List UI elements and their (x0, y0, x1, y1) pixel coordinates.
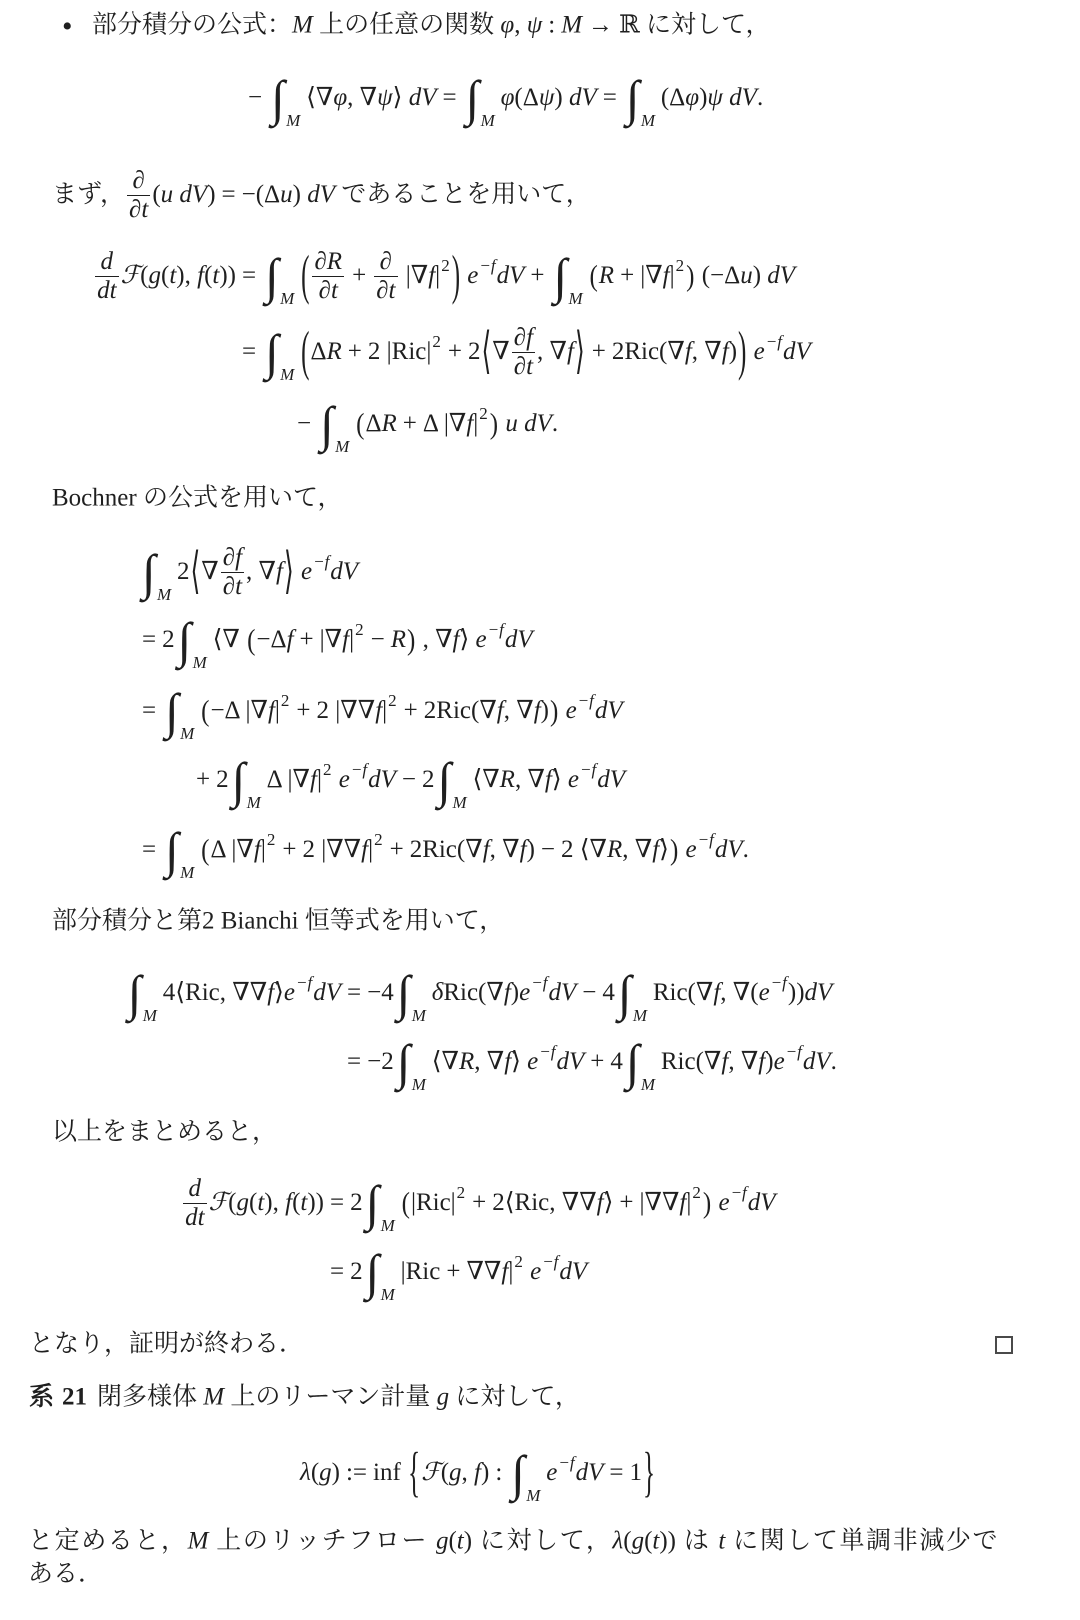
math-symbol: , ∇ (347, 84, 377, 113)
fraction: ∂f∂t (512, 324, 535, 380)
math-variable: dV (748, 1189, 776, 1218)
integral-sign: ∫ (626, 73, 640, 123)
integral-subscript: M (180, 863, 194, 883)
integral-subscript: M (157, 585, 171, 605)
superscript: 2 (457, 1183, 466, 1203)
step-intro-text: まず，∂∂t(u dV)=−(Δu) dV であることを用いて， (52, 167, 591, 223)
large-delimiter: ) (550, 696, 558, 726)
math-variable: dV (548, 979, 576, 1008)
math-symbol: −Δ |∇ (210, 697, 268, 726)
fraction: ∂∂t (127, 167, 150, 223)
math-variable: f (497, 697, 504, 726)
math-symbol: )) (307, 1189, 324, 1218)
integral: ∫M (366, 1244, 400, 1300)
proof-conclusion-text: となり，証明が終わる． (29, 1331, 304, 1360)
superscript: −f (786, 1042, 802, 1062)
math-symbol: | (368, 836, 373, 865)
math-variable: e (559, 697, 576, 726)
integral-sign: ∫ (271, 73, 285, 123)
math-variable: R (382, 410, 397, 439)
math-symbol: |Ric| (411, 1189, 456, 1218)
integral-sign: ∫ (265, 251, 279, 301)
math-symbol: , ∇ (515, 766, 545, 795)
math-variable: e (469, 626, 486, 655)
math-symbol: )) (788, 979, 805, 1008)
math-symbol: ( (249, 1189, 257, 1218)
superscript: 2 (692, 1183, 701, 1203)
math-variable: dV (761, 262, 795, 291)
math-operator: + (590, 1048, 604, 1077)
fraction-denominator: ∂t (221, 573, 244, 601)
math-symbol: (Δ (514, 84, 538, 113)
math-operator: + (300, 626, 314, 655)
math-variable: e (562, 766, 579, 795)
text-run: 閉多様体 (97, 1384, 203, 1413)
integral: ∫M (618, 965, 652, 1021)
integral-sign: ∫ (397, 1037, 411, 1087)
integral-subscript: M (452, 793, 466, 813)
math-variable: e (679, 836, 696, 865)
math-symbol: ∂ (132, 167, 144, 195)
math-variable: R (500, 766, 515, 795)
math-variable: t (141, 196, 148, 224)
math-symbol: ⟩ (604, 1189, 614, 1218)
math-symbol: 1 (629, 1459, 642, 1488)
integral-subscript: M (193, 653, 207, 673)
fraction-numerator: ∂ (378, 248, 394, 276)
math-variable: f (235, 544, 242, 572)
math-symbol: 4⟨Ric, ∇∇ (163, 979, 267, 1008)
integral-subscript: M (280, 365, 294, 385)
math-variable: f (501, 1258, 508, 1287)
fraction-denominator: ∂t (317, 277, 340, 305)
math-operator: = (330, 1189, 344, 1218)
math-variable: λ (300, 1459, 311, 1488)
superscript: 2 (479, 404, 488, 424)
math-variable: f (254, 836, 261, 865)
text-run: と定めると， (28, 1528, 188, 1557)
math-operator: : (548, 12, 555, 41)
math-symbol: | (473, 410, 478, 439)
math-symbol: | (317, 766, 322, 795)
math-variable: dV (368, 766, 396, 795)
math-symbol: ( (161, 262, 169, 291)
integral-sign: ∫ (618, 968, 632, 1018)
math-symbol: 2⟨Ric, ∇∇ (492, 1189, 596, 1218)
math-variable: g (319, 1459, 332, 1488)
math-symbol: 2Ric(∇ (424, 697, 497, 726)
fraction-numerator: d (187, 1175, 204, 1203)
math-symbol: Ric(∇ (661, 1048, 722, 1077)
math-variable: dV (556, 1048, 584, 1077)
math-symbol: |Ric (401, 1258, 441, 1287)
superscript: −f (578, 691, 594, 711)
superscript: 2 (267, 830, 276, 850)
math-operator: = (330, 1258, 344, 1287)
math-symbol: )) (219, 262, 236, 291)
math-variable: R (327, 248, 342, 276)
math-variable: f (453, 626, 460, 655)
math-symbol: 2 |∇∇ (317, 697, 376, 726)
math-variable: δ (432, 979, 444, 1008)
math-variable: f (375, 697, 382, 726)
bochner-eq-row2: =2∫M⟨∇ (−Δf+|∇f|2−R) , ∇f⟩ e−fdV (136, 612, 533, 668)
math-variable: u (280, 181, 293, 210)
math-symbol: ∂ (223, 544, 235, 572)
fraction: ddt (183, 1175, 206, 1231)
integral-subscript: M (143, 1006, 157, 1026)
corollary-statement-line: 系 21 閉多様体 M 上のリーマン計量 g に対して， (29, 1384, 580, 1413)
integral-sign: ∫ (397, 968, 411, 1018)
math-variable: dV (330, 558, 358, 587)
math-symbol: ) (293, 181, 301, 210)
large-delimiter: ( (201, 696, 209, 726)
math-variable: ℱ (121, 262, 141, 291)
math-symbol: ⟩ (393, 84, 403, 113)
corollary-conclusion-line2: ある． (28, 1561, 103, 1590)
fraction-denominator: ∂t (127, 196, 150, 224)
math-symbol: ) (729, 338, 737, 367)
large-delimiter: ⟩ (575, 327, 585, 377)
math-variable: R (327, 338, 342, 367)
math-symbol: ∂ (514, 324, 526, 352)
math-symbol: . (743, 836, 749, 865)
math-variable: dV (715, 836, 743, 865)
superscript: 2 (514, 1252, 523, 1272)
math-variable: R (391, 626, 406, 655)
math-variable: f (428, 262, 435, 291)
math-operator: − (248, 84, 262, 113)
math-variable: f (197, 262, 204, 291)
fraction: ∂∂t (374, 248, 397, 304)
math-variable: e (284, 979, 295, 1008)
math-variable: R (607, 836, 622, 865)
large-delimiter: ) (703, 1188, 711, 1218)
math-variable: dV (559, 1258, 587, 1287)
math-variable: R (599, 262, 614, 291)
large-delimiter: ⟩ (284, 547, 294, 597)
math-variable: f (268, 697, 275, 726)
math-symbol: 4 (610, 1048, 623, 1077)
math-symbol: ∂ (514, 353, 526, 381)
integral-sign: ∫ (128, 968, 142, 1018)
math-operator: = (603, 84, 617, 113)
math-operator: = (142, 836, 156, 865)
integral-sign: ∫ (626, 1037, 640, 1087)
math-variable: u dV (499, 410, 552, 439)
math-symbol: ), (176, 262, 197, 291)
math-variable: dV (505, 626, 533, 655)
math-variable: f (285, 1189, 292, 1218)
large-delimiter: ) (686, 261, 694, 291)
text-run: 部分積分と第2 Bianchi 恒等式を用いて， (52, 908, 504, 937)
integral: ∫M (265, 324, 299, 380)
math-operator: = (347, 979, 361, 1008)
math-variable: ℱ (209, 1189, 229, 1218)
superscript: −f (539, 1042, 555, 1062)
math-variable: u (740, 262, 753, 291)
integral: ∫M (232, 752, 266, 808)
large-delimiter: ⟨ (482, 327, 492, 377)
integral-subscript: M (641, 111, 655, 131)
integral: ∫M (626, 70, 660, 126)
math-symbol: , (462, 1459, 475, 1488)
math-symbol: |∇ (400, 262, 429, 291)
superscript: −f (580, 760, 596, 780)
math-operator: + (390, 836, 404, 865)
math-operator: + (348, 338, 362, 367)
math-variable: f (504, 979, 511, 1008)
math-symbol: 2 (468, 338, 481, 367)
math-variable: dV (402, 84, 436, 113)
math-symbol: | (382, 697, 387, 726)
math-variable: e (524, 1258, 541, 1287)
integral: ∫M (397, 965, 431, 1021)
math-variable: t (235, 573, 242, 601)
math-symbol: ⟨∇ (472, 766, 499, 795)
math-variable: f (534, 697, 541, 726)
math-variable: t (169, 262, 176, 291)
math-symbol: ∂ (380, 248, 392, 276)
math-variable: e (461, 262, 478, 291)
math-operator: = (222, 181, 236, 210)
bochner-eq-row5: =∫M(Δ |∇f|2+2 |∇∇f|2+2Ric(∇f, ∇f)−2 ⟨∇R,… (136, 822, 749, 878)
math-symbol: ⟨∇ (306, 84, 333, 113)
math-symbol: ), (264, 1189, 285, 1218)
math-symbol: ( (311, 1459, 319, 1488)
math-symbol: 2 |Ric| (368, 338, 431, 367)
large-delimiter: ( (201, 835, 209, 865)
math-variable: f (597, 1189, 604, 1218)
math-symbol: −2 (367, 1048, 394, 1077)
math-symbol: (Δ (661, 84, 685, 113)
integral-sign: ∫ (320, 399, 334, 449)
math-symbol: , ∇ (246, 558, 276, 587)
integral: ∫M (366, 1175, 400, 1231)
math-variable: g (436, 1528, 449, 1557)
bochner-eq-row4: +2∫MΔ |∇f|2 e−fdV−2∫M⟨∇R, ∇f⟩ e−fdV (190, 752, 625, 808)
math-symbol: , ∇ (537, 338, 567, 367)
fraction-denominator: dt (95, 277, 118, 305)
superscript: −f (296, 973, 312, 993)
superscript: −f (558, 1453, 574, 1473)
bullet-icon: • (62, 12, 73, 42)
superscript: −f (731, 1183, 747, 1203)
math-variable: ψ (377, 84, 393, 113)
math-symbol: ⟩ (552, 766, 562, 795)
bianchi-eq-row1-rhs: =−4∫MδRic(∇f)e−fdV−4∫MRic(∇f, ∇(e−f))dV (341, 965, 832, 1021)
math-variable: ψ (539, 84, 555, 113)
superscript: −f (351, 760, 367, 780)
integral-subscript: M (280, 289, 294, 309)
math-variable: dV (595, 697, 623, 726)
math-variable: dV (576, 1459, 604, 1488)
math-symbol: ∂ (314, 248, 326, 276)
text-run: に対して， (449, 1384, 580, 1413)
text-run: ある． (28, 1561, 103, 1590)
math-symbol: ) (753, 262, 761, 291)
math-operator: − (402, 766, 416, 795)
superscript: 2 (323, 760, 332, 780)
lambda-definition-formula: λ(g):=inf {ℱ(g, f):∫Me−fdV=1} (300, 1445, 656, 1501)
math-variable: e (333, 766, 350, 795)
math-variable: φ (500, 12, 514, 41)
corollary-statement: 閉多様体 M 上のリーマン計量 g に対して， (97, 1384, 580, 1413)
math-symbol: ( (292, 1189, 300, 1218)
math-symbol: 2Ric(∇ (410, 836, 483, 865)
math-operator: + (448, 338, 462, 367)
math-variable: u dV (161, 181, 208, 210)
math-variable: t (212, 262, 219, 291)
math-variable: t (300, 1189, 307, 1218)
math-variable: M (188, 1528, 209, 1557)
integral: ∫M (397, 1034, 431, 1090)
derivative-eq-row2: =∫M(ΔR+2 |Ric|2+2⟨∇∂f∂t, ∇f⟩+2Ric(∇f, ∇f… (236, 324, 811, 380)
math-variable: ℱ (421, 1459, 441, 1488)
math-variable: dV (803, 1048, 831, 1077)
math-symbol: 2 (350, 1189, 363, 1218)
fraction: ddt (95, 248, 118, 304)
math-symbol: | (261, 836, 266, 865)
large-delimiter: ( (402, 1188, 410, 1218)
math-symbol: ) (554, 84, 562, 113)
bochner-eq-row1: ∫M2⟨∇∂f∂t, ∇f⟩ e−fdV (139, 544, 358, 600)
math-symbol: ∂ (129, 196, 141, 224)
math-symbol: ) (541, 697, 549, 726)
math-symbol: 2 (422, 766, 435, 795)
large-delimiter: } (643, 1446, 655, 1501)
math-variable: f (545, 766, 552, 795)
qed-square-icon (995, 1336, 1013, 1354)
math-variable: M (561, 12, 582, 41)
math-symbol: ∇∇ (466, 1258, 501, 1287)
corollary-number: 21 (62, 1384, 87, 1413)
math-variable: t (718, 1528, 725, 1557)
superscript: 2 (281, 691, 290, 711)
summary-eq-row1-rhs: =2∫M(|Ric|2+2⟨Ric, ∇∇f⟩+|∇∇f|2) e−fdV (324, 1175, 776, 1231)
math-operator: = (142, 626, 156, 655)
corollary-conclusion-line1: と定めると，M 上のリッチフロー g(t) に対して，λ(g(t)) は t に… (28, 1528, 999, 1557)
math-variable: f (663, 262, 670, 291)
math-variable: t (331, 277, 338, 305)
math-variable: g (237, 1189, 250, 1218)
math-operator: − (582, 979, 596, 1008)
math-symbol: | (349, 626, 354, 655)
math-variable: dt (97, 277, 116, 305)
math-operator: = (142, 697, 156, 726)
math-variable: f (342, 626, 349, 655)
large-delimiter: ) (407, 625, 415, 655)
integral-subscript: M (180, 724, 194, 744)
math-variable: f (483, 836, 490, 865)
math-symbol: ℝ (619, 12, 640, 41)
math-variable: e (774, 1048, 785, 1077)
large-delimiter: ( (247, 625, 255, 655)
superscript: −f (531, 973, 547, 993)
superscript: 2 (355, 620, 364, 640)
math-symbol: . (831, 1048, 837, 1077)
math-variable: dV (313, 979, 341, 1008)
integral-subscript: M (526, 1486, 540, 1506)
text-run: であることを用いて， (335, 181, 591, 210)
integral-subscript: M (633, 1006, 647, 1026)
fraction: ∂R∂t (312, 248, 344, 304)
math-symbol: ) (332, 1459, 340, 1488)
integral: ∫M (128, 965, 162, 1021)
superscript: −f (313, 552, 329, 572)
math-variable: e (521, 1048, 538, 1077)
derivative-eq-row3: −∫M(ΔR+Δ |∇f|2) u dV. (291, 396, 558, 452)
superscript: 2 (441, 256, 450, 276)
math-symbol: Δ |∇ (210, 836, 253, 865)
text-run: 上のリーマン計量 (224, 1384, 437, 1413)
integral-subscript: M (481, 111, 495, 131)
integral: ∫M (178, 612, 212, 668)
integral: ∫M (265, 248, 299, 304)
math-variable: M (203, 1384, 224, 1413)
math-symbol: ( (441, 1459, 449, 1488)
text-run: となり，証明が終わる． (29, 1331, 304, 1360)
math-operator: + (530, 262, 544, 291)
integral-sign: ∫ (265, 327, 279, 377)
math-variable: f (567, 338, 574, 367)
math-symbol: ⟩ (659, 836, 669, 865)
math-symbol: ∂ (376, 277, 388, 305)
integral: ∫M (626, 1034, 660, 1090)
math-operator: + (282, 836, 296, 865)
derivative-eq-row1-lhs: ddtℱ(g(t), f(t)) (93, 248, 236, 304)
integral-sign: ∫ (437, 755, 451, 805)
math-variable: f (310, 766, 317, 795)
math-operator: : (495, 1459, 502, 1488)
bianchi-intro-text: 部分積分と第2 Bianchi 恒等式を用いて， (52, 908, 504, 937)
math-variable: dV (301, 181, 335, 210)
integral-sign: ∫ (142, 547, 156, 597)
math-operator: − (297, 410, 311, 439)
fraction-numerator: ∂R (312, 248, 344, 276)
math-symbol: ( (623, 1528, 631, 1557)
math-variable: f (466, 410, 473, 439)
math-variable: ψ dV (707, 84, 757, 113)
math-operator: = (347, 1048, 361, 1077)
math-symbol: ) (481, 1459, 489, 1488)
math-symbol: ( (140, 262, 148, 291)
math-symbol: | (508, 1258, 513, 1287)
math-variable: f (721, 1048, 728, 1077)
text-run: 上のリッチフロー (208, 1528, 436, 1557)
integral: ∫M (466, 70, 500, 126)
math-symbol: Δ |∇ (267, 766, 310, 795)
math-symbol: −(Δ (242, 181, 281, 210)
text-run: に対して， (472, 1528, 612, 1557)
math-variable: f (276, 558, 283, 587)
summary-eq-row1-lhs: ddtℱ(g(t), f(t)) (181, 1175, 324, 1231)
math-symbol: | (686, 1189, 691, 1218)
integral: ∫M (511, 1445, 545, 1501)
integral-sign: ∫ (165, 686, 179, 736)
math-symbol: ( (448, 1528, 456, 1557)
math-variable: f (361, 836, 368, 865)
superscript: −f (488, 620, 504, 640)
math-symbol: , (514, 12, 527, 41)
math-variable: dV (563, 84, 597, 113)
bochner-intro-text: Bochner の公式を用いて， (52, 485, 342, 514)
math-symbol: ( (204, 262, 212, 291)
math-variable: dV (805, 979, 833, 1008)
math-operator: + (196, 766, 210, 795)
integral-subscript: M (247, 793, 261, 813)
math-variable: t (526, 353, 533, 381)
